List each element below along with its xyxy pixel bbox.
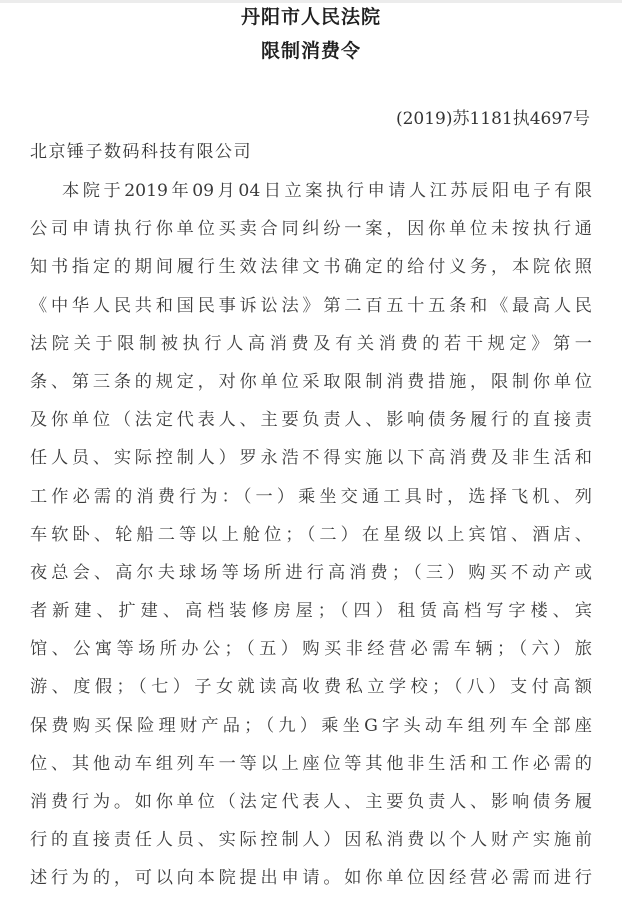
body-line: 法院关于限制被执行人高消费及有关消费的若干规定》第一 bbox=[30, 329, 592, 367]
body-line: 本院于2019年09月04日立案执行申请人江苏辰阳电子有限 bbox=[30, 176, 592, 214]
body-line: 工作必需的消费行为：（一）乘坐交通工具时，选择飞机、列 bbox=[30, 482, 592, 520]
body-paragraph: 本院于2019年09月04日立案执行申请人江苏辰阳电子有限 公司申请执行你单位买… bbox=[30, 176, 592, 902]
body-line: 公司申请执行你单位买卖合同纠纷一案，因你单位未按执行通 bbox=[30, 214, 592, 252]
body-line: 知书指定的期间履行生效法律文书确定的给付义务，本院依照 bbox=[30, 252, 592, 290]
body-line: 馆、公寓等场所办公；（五）购买非经营必需车辆；（六）旅 bbox=[30, 634, 592, 672]
body-line: 夜总会、高尔夫球场等场所进行高消费；（三）购买不动产或 bbox=[30, 558, 592, 596]
body-line: 及你单位（法定代表人、主要负责人、影响债务履行的直接责 bbox=[30, 405, 592, 443]
body-line: 述行为的，可以向本院提出申请。如你单位因经营必需而进行 bbox=[30, 863, 592, 901]
body-line: 位、其他动车组列车一等以上座位等其他非生活和工作必需的 bbox=[30, 749, 592, 787]
body-line: 行的直接责任人员、实际控制人）因私消费以个人财产实施前 bbox=[30, 825, 592, 863]
court-name: 丹阳市人民法院 bbox=[0, 2, 622, 29]
body-line: 条、第三条的规定，对你单位采取限制消费措施，限制你单位 bbox=[30, 367, 592, 405]
addressee: 北京锤子数码科技有限公司 bbox=[30, 137, 252, 162]
body-line: 《中华人民共和国民事诉讼法》第二百五十五条和《最高人民 bbox=[30, 291, 592, 329]
body-line: 者新建、扩建、高档装修房屋；（四）租赁高档写字楼、宾 bbox=[30, 596, 592, 634]
body-line: 任人员、实际控制人）罗永浩不得实施以下高消费及非生活和 bbox=[30, 443, 592, 481]
body-line: 保费购买保险理财产品；（九）乘坐G字头动车组列车全部座 bbox=[30, 711, 592, 749]
document-title: 限制消费令 bbox=[0, 36, 622, 63]
case-number: (2019)苏1181执4697号 bbox=[396, 104, 590, 129]
body-line: 游、度假；（七）子女就读高收费私立学校；（八）支付高额 bbox=[30, 672, 592, 710]
body-line: 消费行为。如你单位（法定代表人、主要负责人、影响债务履 bbox=[30, 787, 592, 825]
body-line: 车软卧、轮船二等以上舱位；（二）在星级以上宾馆、酒店、 bbox=[30, 520, 592, 558]
